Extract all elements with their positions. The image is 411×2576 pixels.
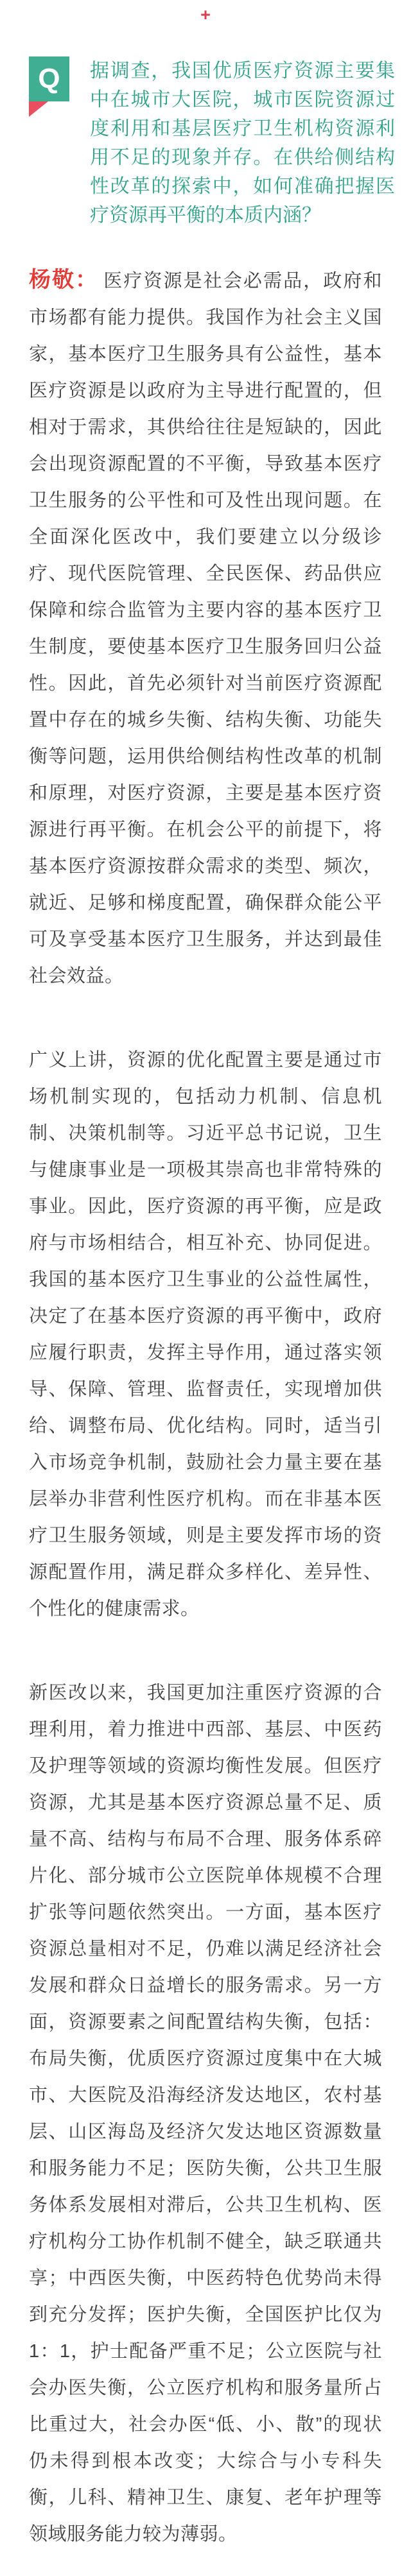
answer-section: 杨敬：医疗资源是社会必需品，政府和市场都有能力提供。我国作为社会主义国家，基本医… xyxy=(0,230,411,2576)
answer-paragraph: 杨敬：医疗资源是社会必需品，政府和市场都有能力提供。我国作为社会主义国家，基本医… xyxy=(29,262,382,995)
speaker-name: 杨敬： xyxy=(29,268,98,292)
answer-paragraph: 新医改以来，我国更加注重医疗资源的合理利用，着力推进中西部、基层、中医药及护理等… xyxy=(29,1675,382,2553)
answer-paragraph: 广义上讲，资源的优化配置主要是通过市场机制实现的，包括动力机制、信息机制、决策机… xyxy=(29,1042,382,1627)
answer-paragraph-text: 医疗资源是社会必需品，政府和市场都有能力提供。我国作为社会主义国家，基本医疗卫生… xyxy=(29,271,382,986)
question-badge-icon: Q xyxy=(29,56,69,101)
question-block: Q 据调查，我国优质医疗资源主要集中在城市大医院，城市医院资源过度利用和基层医疗… xyxy=(0,33,411,230)
plus-decoration-icon: + xyxy=(0,0,411,33)
article-page: + Q 据调查，我国优质医疗资源主要集中在城市大医院，城市医院资源过度利用和基层… xyxy=(0,0,411,2576)
question-text: 据调查，我国优质医疗资源主要集中在城市大医院，城市医院资源过度利用和基层医疗卫生… xyxy=(90,56,395,230)
